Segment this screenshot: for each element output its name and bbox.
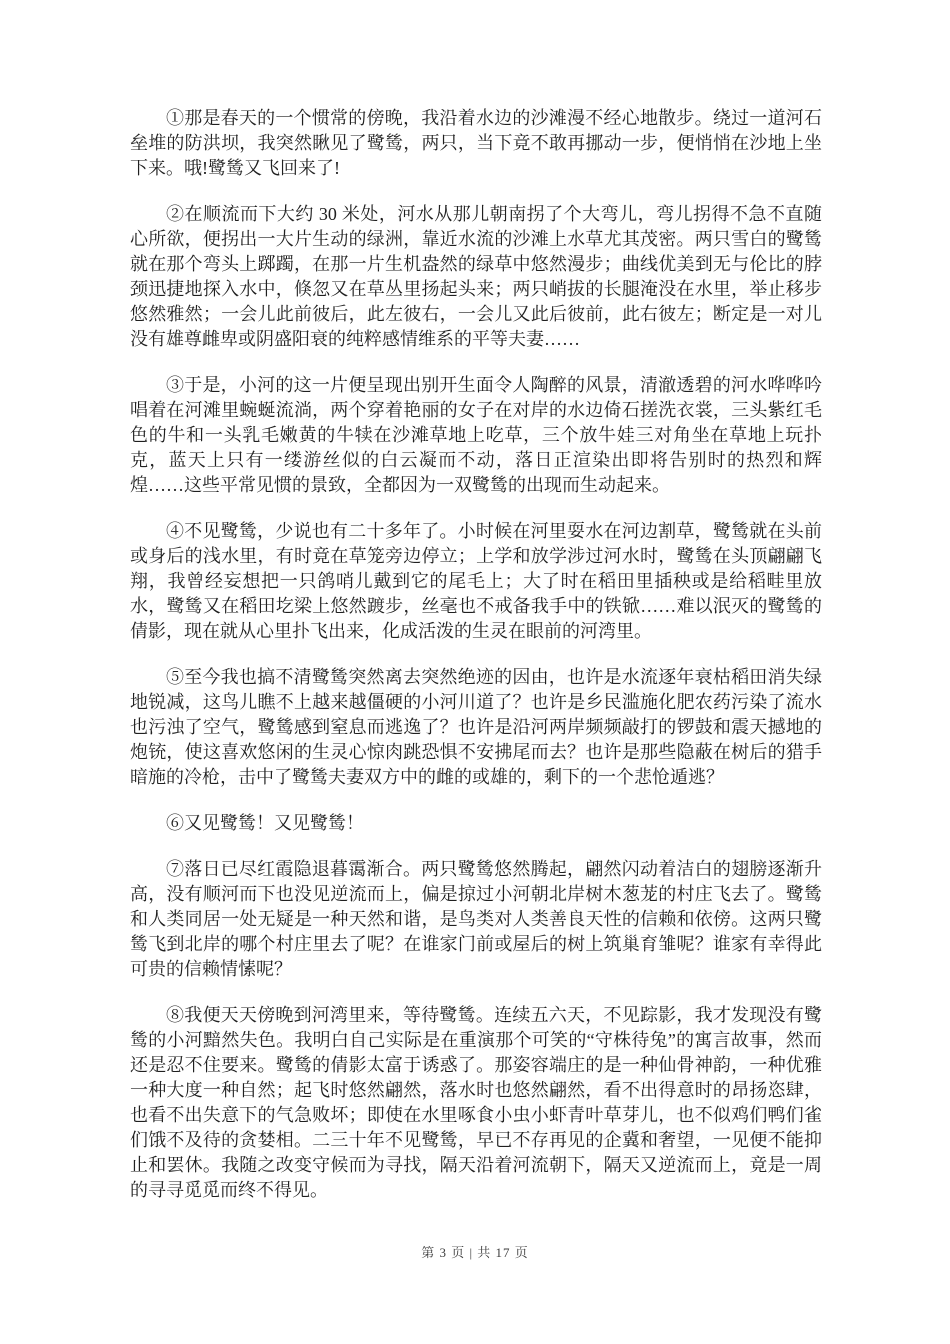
paragraph-2: ②在顺流而下大约 30 米处，河水从那儿朝南拐了个大弯儿，弯儿拐得不急不直随心所…: [130, 202, 822, 352]
page-footer: 第 3 页 | 共 17 页: [0, 1242, 950, 1261]
paragraph-5: ⑤至今我也搞不清鹭鸶突然离去突然绝迹的因由，也许是水流逐年衰枯稻田消失绿地锐减，…: [130, 665, 822, 790]
paragraph-8: ⑧我便天天傍晚到河湾里来，等待鹭鸶。连续五六天，不见踪影，我才发现没有鹭鸶的小河…: [130, 1003, 822, 1203]
paragraph-3: ③于是，小河的这一片便呈现出别开生面令人陶醉的风景，清澈透碧的河水哗哗吟唱着在河…: [130, 373, 822, 498]
page-number-label: 第 3 页 | 共 17 页: [421, 1245, 529, 1260]
paragraph-4: ④不见鹭鸶，少说也有二十多年了。小时候在河里耍水在河边割草，鹭鸶就在头前或身后的…: [130, 519, 822, 644]
paragraph-1: ①那是春天的一个惯常的傍晚，我沿着水边的沙滩漫不经心地散步。绕过一道河石垒堆的防…: [130, 106, 822, 181]
paragraph-6: ⑥又见鹭鸶！又见鹭鸶！: [130, 811, 822, 836]
article-body: ①那是春天的一个惯常的傍晚，我沿着水边的沙滩漫不经心地散步。绕过一道河石垒堆的防…: [130, 106, 822, 1224]
paragraph-7: ⑦落日已尽红霞隐退暮霭渐合。两只鹭鸶悠然腾起，翩然闪动着洁白的翅膀逐渐升高，没有…: [130, 857, 822, 982]
document-page: ①那是春天的一个惯常的傍晚，我沿着水边的沙滩漫不经心地散步。绕过一道河石垒堆的防…: [0, 0, 950, 1344]
